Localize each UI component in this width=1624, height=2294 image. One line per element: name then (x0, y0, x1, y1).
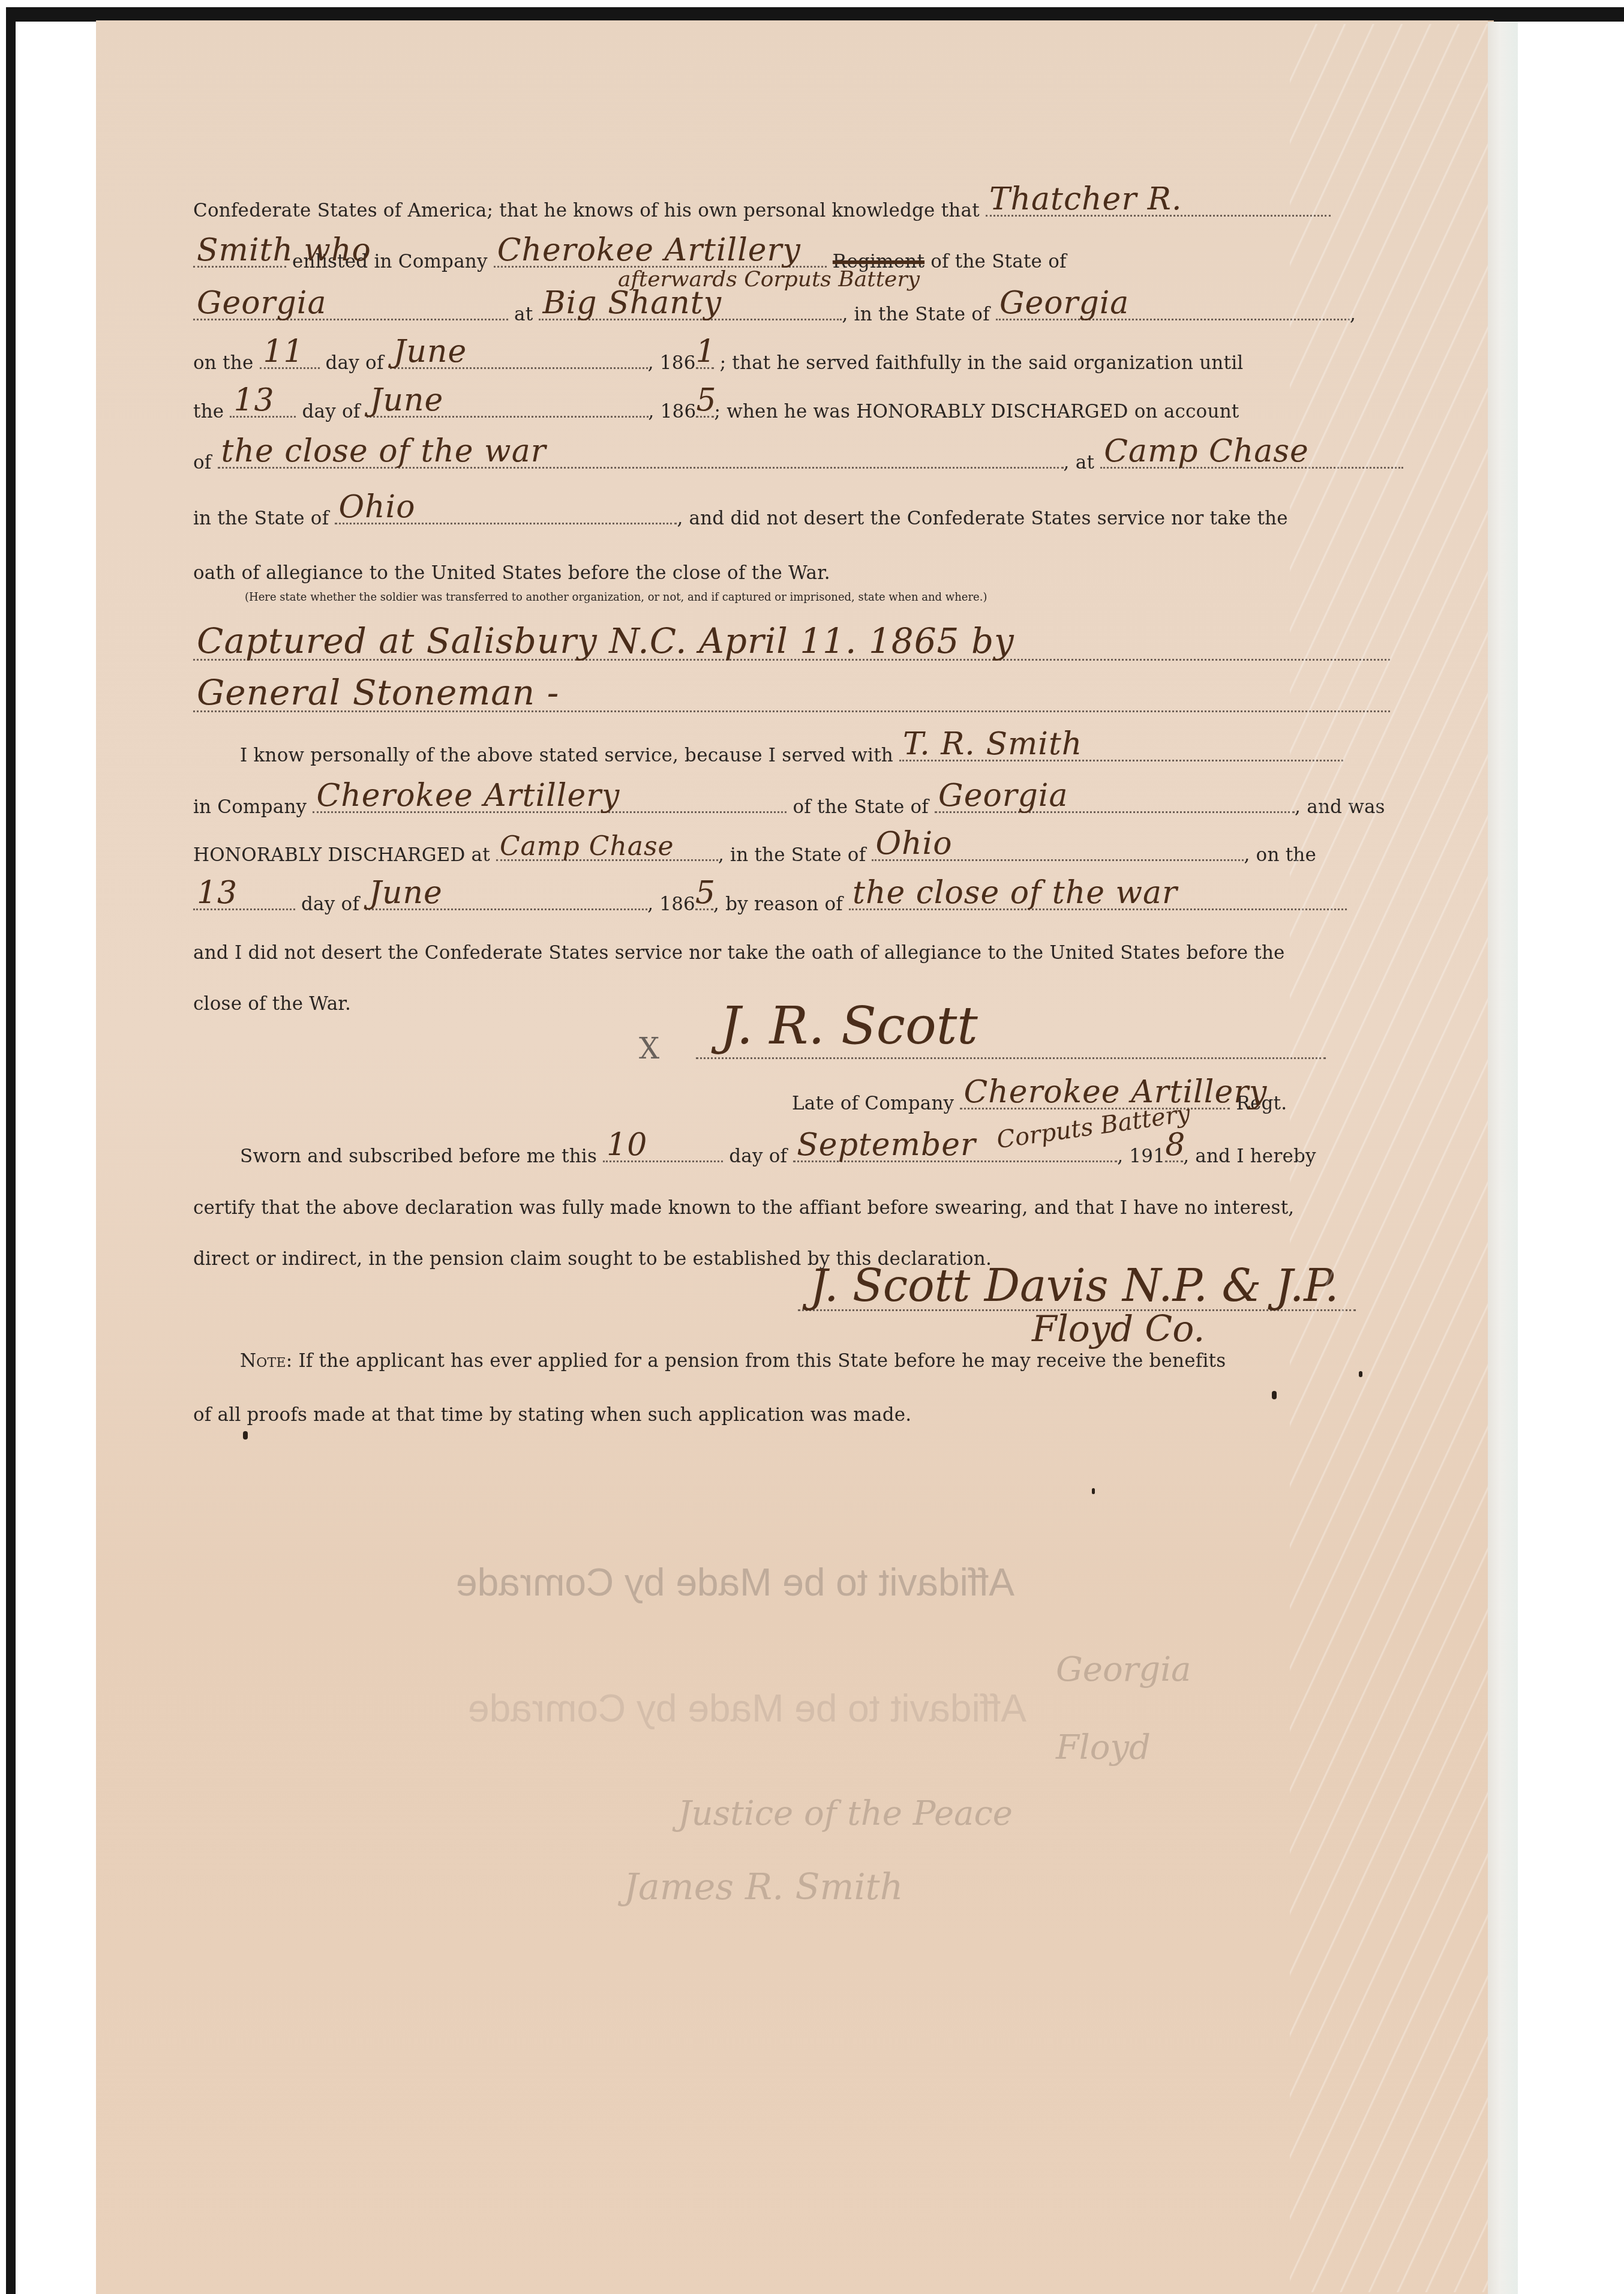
official-county: Floyd Co. (1032, 1308, 1205, 1350)
enlist-state-field[interactable]: Georgia (193, 303, 508, 320)
discharge-reason-field[interactable]: the close of the war (218, 451, 1064, 469)
handwritten-year: 8 (1165, 1127, 1185, 1163)
capture-details-field[interactable]: Captured at Salisbury N.C. April 11. 186… (193, 643, 1390, 661)
printed-text: , in the State of (842, 304, 989, 325)
printed-text: , on the (1244, 844, 1316, 866)
declaration-line-8: oath of allegiance to the United States … (193, 562, 1393, 584)
declaration-line-4: on the 11 day of June, 1861 ; that he se… (193, 352, 1393, 374)
handwritten-year: 1 (696, 334, 716, 370)
handwritten-state: Ohio (875, 826, 952, 862)
instruction-caption: (Here state whether the soldier was tran… (245, 591, 987, 604)
handwritten-company: Cherokee Artillery (316, 778, 620, 814)
printed-text: , 191 (1117, 1145, 1165, 1167)
handwritten-reason: the close of the war (852, 875, 1178, 911)
bleed-through-justice: Justice of the Peace (678, 1794, 1013, 1833)
comrade-signature: J. R. Scott (720, 996, 978, 1056)
enlist-day-field[interactable]: 11 (260, 352, 320, 369)
bleed-through-title-2: Affidavit to be Made by Comrade (468, 1686, 1026, 1731)
comrade-discharge-month-field[interactable]: June (365, 893, 647, 910)
printed-text: , and was (1295, 796, 1385, 818)
declaration-line-6: of the close of the war, at Camp Chase (193, 451, 1393, 473)
jurat-line-1: Sworn and subscribed before me this 10 d… (240, 1145, 1440, 1167)
enlist-year-field[interactable]: 1 (696, 352, 714, 369)
capture-details-field-2[interactable]: General Stoneman - (193, 695, 1390, 712)
handwritten-surname: Smith who (197, 232, 371, 268)
discharge-state-field[interactable]: Ohio (335, 507, 677, 524)
handwritten-place: Camp Chase (1104, 433, 1309, 469)
printed-text: , and I hereby (1183, 1145, 1316, 1167)
printed-text: on the (193, 352, 253, 374)
printed-text: the (193, 401, 224, 422)
printed-text: ; when he was HONORABLY DISCHARGED on ac… (714, 401, 1239, 422)
comrade-line-3: HONORABLY DISCHARGED at Camp Chase, in t… (193, 844, 1393, 866)
signature-mark-x: X (639, 1032, 659, 1066)
printed-text: day of (301, 893, 359, 915)
handwritten-soldier-name: Thatcher R. (989, 181, 1182, 217)
capture-line-2: General Stoneman - (193, 695, 1393, 717)
declaration-line-3: Georgia at Big Shanty, in the State of G… (193, 303, 1393, 325)
handwritten-day: 13 (197, 875, 238, 911)
printed-text: , by reason of (713, 893, 843, 915)
printed-text: Sworn and subscribed before me this (240, 1145, 597, 1167)
bleed-through-county: Floyd (1056, 1728, 1151, 1767)
printed-text: , at (1064, 452, 1094, 473)
ink-speck (1092, 1488, 1095, 1494)
handwritten-reason: the close of the war (221, 433, 547, 469)
printed-text: , 186 (647, 893, 695, 915)
declaration-line-5: the 13 day of June, 1865; when he was HO… (193, 400, 1393, 422)
discharge-month-field[interactable]: June (367, 400, 649, 418)
handwritten-month: June (394, 334, 467, 370)
sworn-day-field[interactable]: 10 (603, 1145, 723, 1162)
comrade-discharge-place-field[interactable]: Camp Chase (496, 844, 718, 861)
late-of-company-line: Late of Company Cherokee Artillery Regt. (792, 1092, 1392, 1114)
ink-speck (1272, 1391, 1277, 1399)
bleed-through-name: James R. Smith (624, 1866, 903, 1908)
bleed-through-state: Georgia (1056, 1650, 1191, 1689)
soldier-name-field[interactable]: Thatcher R. (986, 199, 1331, 217)
printed-text: , and did not desert the Confederate Sta… (677, 508, 1287, 529)
ink-speck (243, 1431, 248, 1440)
late-company-field[interactable]: Cherokee Artillery (960, 1092, 1230, 1109)
handwritten-month: June (369, 875, 443, 911)
comrade-line-5: and I did not desert the Confederate Sta… (193, 942, 1393, 964)
handwritten-state-2: Georgia (999, 285, 1129, 321)
handwritten-company: Cherokee Artillery (497, 232, 801, 268)
printed-text: in the State of (193, 508, 329, 529)
note-line-2: of all proofs made at that time by stati… (193, 1404, 1393, 1426)
printed-text: of (193, 452, 212, 473)
comrade-discharge-year-field[interactable]: 5 (695, 893, 713, 910)
handwritten-year: 5 (695, 875, 716, 911)
handwritten-place: Camp Chase (500, 831, 674, 862)
printed-text: in Company (193, 796, 307, 818)
handwritten-year: 5 (696, 382, 716, 418)
printed-text: at (514, 304, 533, 325)
note-text: If the applicant has ever applied for a … (298, 1350, 1226, 1372)
handwritten-day: 10 (607, 1127, 647, 1163)
scanner-frame-top (6, 7, 1624, 22)
comrade-discharge-day-field[interactable]: 13 (193, 893, 295, 910)
jurat-line-2: certify that the above declaration was f… (193, 1197, 1393, 1219)
handwritten-place: Big Shanty (542, 285, 722, 321)
printed-text: day of (302, 401, 361, 422)
sworn-month-field[interactable]: September (793, 1145, 1117, 1162)
scanner-frame-corner (16, 22, 88, 94)
comrade-state-field[interactable]: Georgia (935, 796, 1295, 813)
handwritten-capture-1: Captured at Salisbury N.C. April 11. 186… (197, 620, 1014, 661)
scanner-frame-left (6, 7, 16, 2294)
printed-text: , 186 (648, 352, 696, 374)
handwritten-state: Georgia (938, 778, 1068, 814)
printed-text: of the State of (793, 796, 929, 818)
comrade-discharge-state-field[interactable]: Ohio (872, 844, 1244, 861)
handwritten-capture-2: General Stoneman - (197, 672, 559, 713)
handwritten-month: June (370, 382, 444, 418)
comrade-line-4: 13 day of June, 1865, by reason of the c… (193, 893, 1393, 915)
official-signature: J. Scott Davis N.P. & J.P. (810, 1260, 1339, 1312)
declaration-line-7: in the State of Ohio, and did not desert… (193, 507, 1393, 529)
sworn-year-field[interactable]: 8 (1165, 1145, 1183, 1162)
declaration-line-1: Confederate States of America; that he k… (193, 199, 1393, 221)
enlist-state-2-field[interactable]: Georgia (996, 303, 1350, 320)
printed-text: , 186 (649, 401, 697, 422)
printed-text: Confederate States of America; that he k… (193, 200, 980, 221)
comrade-line-1: I know personally of the above stated se… (240, 744, 1440, 766)
ink-speck (1359, 1371, 1362, 1377)
bleed-through-title: Affidavit to be Made by Comrade (456, 1560, 1014, 1605)
discharge-day-field[interactable]: 13 (230, 400, 296, 418)
printed-text: , in the State of (718, 844, 866, 866)
note-label: Note: (240, 1350, 292, 1372)
printed-text: Late of Company (792, 1093, 954, 1114)
handwritten-served-with: T. R. Smith (903, 726, 1082, 762)
printed-text: I know personally of the above stated se… (240, 745, 893, 766)
handwritten-state: Georgia (197, 285, 326, 321)
capture-line-1: Captured at Salisbury N.C. April 11. 186… (193, 643, 1393, 665)
protective-sleeve-edge (1488, 22, 1518, 2294)
enlist-place-field[interactable]: Big Shanty (539, 303, 842, 320)
printed-text: HONORABLY DISCHARGED at (193, 844, 490, 866)
note-line-1: Note: If the applicant has ever applied … (240, 1350, 1440, 1372)
comrade-signature-line[interactable] (696, 1057, 1326, 1059)
comrade-company-field[interactable]: Cherokee Artillery (313, 796, 787, 813)
handwritten-late-company: Cherokee Artillery (963, 1074, 1267, 1110)
discharge-year-field[interactable]: 5 (696, 400, 714, 418)
discharge-place-field[interactable]: Camp Chase (1100, 451, 1403, 469)
comrade-reason-field[interactable]: the close of the war (849, 893, 1347, 910)
handwritten-day: 11 (263, 334, 304, 370)
printed-text: ; that he served faithfully in the said … (720, 352, 1244, 374)
comrade-line-2: in Company Cherokee Artillery of the Sta… (193, 796, 1393, 818)
served-with-field[interactable]: T. R. Smith (899, 744, 1343, 761)
company-field[interactable]: Cherokee Artillery (494, 250, 827, 268)
printed-text: day of (729, 1145, 787, 1167)
handwritten-state: Ohio (338, 489, 415, 525)
handwritten-day: 13 (233, 382, 274, 418)
enlist-month-field[interactable]: June (390, 352, 648, 369)
handwritten-month: September (797, 1127, 976, 1163)
printed-text: day of (326, 352, 384, 374)
printed-text: of the State of (930, 251, 1067, 272)
